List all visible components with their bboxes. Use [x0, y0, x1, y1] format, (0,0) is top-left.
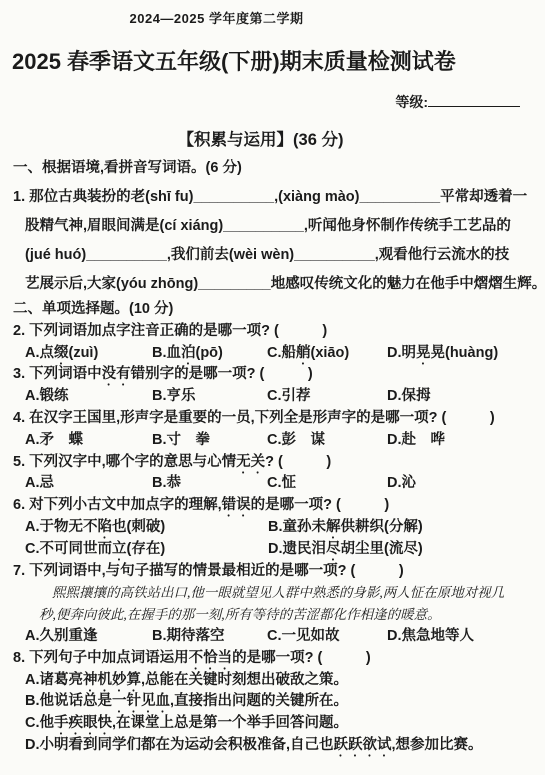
emphasized-text: 艄 — [296, 345, 311, 361]
emphasized-text: 缀 — [54, 345, 69, 361]
text-segment: (zuì) — [69, 345, 99, 361]
emphasized-text: 立 — [112, 541, 127, 557]
emphasized-text: 手疾眼快 — [54, 715, 112, 731]
text-segment: B.亨乐 — [152, 388, 196, 404]
q5-options-col-2: C.怔 — [267, 473, 296, 495]
section-2-instruction: 二、单项选择题。(10 分) — [0, 299, 545, 321]
text-segment: D.明 — [387, 345, 416, 361]
text-segment: C.彭 谋 — [267, 432, 325, 448]
text-segment: A.诸葛亮 — [25, 672, 83, 688]
q7-passage-line-1: 熙熙攘攘的高铁站出口,他一眼就望见人群中熟悉的身影,两人怔在原地对视几 — [0, 582, 545, 604]
text-segment: 胡尘里(流尽) — [341, 541, 423, 557]
text-segment: 1. 那位古典装扮的老(shī fu)__________,(xiàng mào… — [13, 189, 527, 205]
text-segment: 股精气神,眉眼间满是(cí xiáng)__________,听闻他身怀制作传统… — [25, 218, 511, 234]
text-segment: ,在课堂上总是第一个举手回答问题。 — [112, 715, 348, 731]
q3-options-col-1: B.亨乐 — [152, 386, 196, 408]
q7-title: 7. 下列词语中,与句子描写的情景最相近的是哪一项? ( ) — [0, 561, 545, 583]
q6-options-row-2: C.不可同世而立(存在)D.遗民泪尽胡尘里(流尽) — [0, 539, 545, 561]
text-segment: A.忌 — [25, 475, 54, 491]
emphasized-text: 陷 — [98, 519, 113, 535]
text-segment: ,想参加比赛。 — [392, 737, 483, 753]
text-segment: B.恭 — [152, 475, 181, 491]
q6-title: 6. 对下列小古文中加点字的理解,错误的是哪一项? ( ) — [0, 495, 545, 517]
body-lines: 一、根据语境,看拼音写词语。(6 分)1. 那位古典装扮的老(shī fu)__… — [0, 154, 545, 757]
q7-options-col-2: C.一见如故 — [267, 626, 340, 648]
text-segment: D.保拇 — [387, 388, 431, 404]
q3-options-col-3: D.保拇 — [387, 386, 431, 408]
text-segment: 也(刺破) — [112, 519, 165, 535]
q4-options-col-2: C.彭 谋 — [267, 430, 325, 452]
emphasized-text: 没有 — [102, 366, 131, 382]
emphasized-text: 解 — [326, 519, 341, 535]
q7-options-col-3: D.焦急地等人 — [387, 626, 474, 648]
text-segment: C.船 — [267, 345, 296, 361]
q4-options: A.矛 蝶B.寸 拳C.彭 谋D.赴 哗 — [0, 430, 545, 452]
text-segment: 4. 在汉字王国里,形声字是重要的一员,下列全是形声字的是哪一项? ( ) — [13, 410, 495, 426]
text-segment: B.期待落空 — [152, 628, 225, 644]
exam-paper-page: 2024—2025 学年度第二学期 2025 春季语文五年级(下册)期末质量检测… — [0, 0, 545, 775]
text-segment: 7. 下列词语中,与句子描写的情景最相近的是哪一项? ( ) — [13, 563, 404, 579]
school-term: 2024—2025 学年度第二学期 — [0, 8, 437, 27]
emphasized-text: 泊 — [181, 345, 196, 361]
q7-passage-line-2: 秒,便奔向彼此,在握手的那一刻,所有等待的苦涩都化作相逢的暖意。 — [0, 604, 545, 626]
text-segment: ,直接指出问题的关键所在。 — [170, 693, 348, 709]
q5-options-col-1: B.恭 — [152, 473, 181, 495]
q8-option-c: C.他手疾眼快,在课堂上总是第一个举手回答问题。 — [0, 713, 545, 735]
emphasized-text: 尽 — [326, 541, 341, 557]
emphasized-text: 神机妙算 — [83, 672, 141, 688]
emphasized-text: 错误 — [222, 497, 251, 513]
text-segment: 熙熙攘攘的高铁站出口,他一眼就望见人群中熟悉的身影,两人怔在原地对视几 — [52, 585, 504, 600]
text-segment: 一、根据语境,看拼音写词语。(6 分) — [13, 160, 242, 176]
q6-options-row-1: A.于物无不陷也(刺破)B.童孙未解供耕织(分解) — [0, 517, 545, 539]
q8-option-b: B.他说话总是一针见血,直接指出问题的关键所在。 — [0, 691, 545, 713]
text-segment: B.童孙未 — [268, 519, 326, 535]
q8-option-d: D.小明看到同学们都在为运动会积极准备,自己也跃跃欲试,想参加比赛。 — [0, 735, 545, 757]
q3-title: 3. 下列词语中没有错别字的是哪一项? ( ) — [0, 364, 545, 386]
emphasized-text: 晃 — [416, 345, 431, 361]
grade-line: 等级: — [0, 92, 545, 112]
q3-options: A.锻练B.亨乐C.引荐D.保拇 — [0, 386, 545, 408]
q4-title: 4. 在汉字王国里,形声字是重要的一员,下列全是形声字的是哪一项? ( ) — [0, 408, 545, 430]
text-segment: A.点 — [25, 345, 54, 361]
q5-options-col-0: A.忌 — [25, 473, 54, 495]
text-segment: (xiāo) — [311, 345, 350, 361]
text-segment: A.锻练 — [25, 388, 69, 404]
q7-options: A.久别重逢B.期待落空C.一见如故D.焦急地等人 — [0, 626, 545, 648]
text-segment: B.寸 拳 — [152, 432, 210, 448]
q4-options-col-0: A.矛 蝶 — [25, 430, 83, 452]
q4-options-col-1: B.寸 拳 — [152, 430, 210, 452]
q1-line-2: 股精气神,眉眼间满是(cí xiáng)__________,听闻他身怀制作传统… — [0, 212, 545, 241]
section-1-instruction: 一、根据语境,看拼音写词语。(6 分) — [0, 154, 545, 183]
q3-options-col-2: C.引荐 — [267, 386, 311, 408]
q5-title: 5. 下列汉字中,哪个字的意思与心情无关? ( ) — [0, 452, 545, 474]
text-segment: B.血 — [152, 345, 181, 361]
text-segment: C.不可同世而 — [25, 541, 112, 557]
q3-options-col-0: A.锻练 — [25, 386, 69, 408]
text-segment: 二、单项选择题。(10 分) — [13, 301, 173, 317]
text-segment: D.焦急地等人 — [387, 628, 474, 644]
text-segment: D.赴 哗 — [387, 432, 445, 448]
emphasized-text: 跃跃欲试 — [334, 737, 392, 753]
q1-line-4: 艺展示后,大家(yóu zhōng)_________地感叹传统文化的魅力在他手… — [0, 270, 545, 299]
text-segment: 的是哪一项? ( ) — [251, 497, 390, 513]
text-segment: (jué huó)__________,我们前去(wèi wèn)_______… — [25, 247, 509, 263]
emphasized-text: 一针见血 — [112, 693, 170, 709]
text-segment: ? ( ) — [265, 454, 331, 470]
text-segment: 晃(huàng) — [431, 345, 499, 361]
q1-line-1: 1. 那位古典装扮的老(shī fu)__________,(xiàng mào… — [0, 183, 545, 212]
emphasized-text: 不恰当 — [189, 650, 233, 666]
grade-blank-line — [428, 93, 520, 107]
text-segment: C.他 — [25, 715, 54, 731]
emphasized-text: 无关 — [236, 454, 265, 470]
text-segment: 错别字的是哪一项? ( ) — [131, 366, 313, 382]
text-segment: (存在) — [127, 541, 166, 557]
text-segment: 6. 对下列小古文中加点字的理解, — [13, 497, 222, 513]
text-segment: A.久别重逢 — [25, 628, 98, 644]
text-segment: 秒,便奔向彼此,在握手的那一刻,所有等待的苦涩都化作相逢的暖意。 — [39, 607, 441, 622]
text-segment: 艺展示后,大家(yóu zhōng)_________地感叹传统文化的魅力在他手… — [25, 276, 545, 292]
q8-title: 8. 下列句子中加点词语运用不恰当的是哪一项? ( ) — [0, 648, 545, 670]
text-segment: 3. 下列词语中 — [13, 366, 102, 382]
q4-options-col-3: D.赴 哗 — [387, 430, 445, 452]
text-segment: 2. 下列词语加点字注音正确的是哪一项? ( ) — [13, 323, 327, 339]
text-segment: 的是哪一项? ( ) — [232, 650, 371, 666]
text-segment: D.小明看到同学们都在为运动会积极准备,自己也 — [25, 737, 334, 753]
q5-options: A.忌B.恭C.怔D.沁 — [0, 473, 545, 495]
q7-options-col-0: A.久别重逢 — [25, 626, 98, 648]
q5-options-col-3: D.沁 — [387, 473, 416, 495]
text-segment: ,总能在关键时刻想出破敌之策。 — [141, 672, 348, 688]
text-segment: C.一见如故 — [267, 628, 340, 644]
q8-option-a: A.诸葛亮神机妙算,总能在关键时刻想出破敌之策。 — [0, 670, 545, 692]
q1-line-3: (jué huó)__________,我们前去(wèi wèn)_______… — [0, 241, 545, 270]
q2-options: A.点缀(zuì)B.血泊(pō)C.船艄(xiāo)D.明晃晃(huàng) — [0, 343, 545, 365]
paper-title: 2025 春季语文五年级(下册)期末质量检测试卷 — [0, 45, 545, 76]
q2-title: 2. 下列词语加点字注音正确的是哪一项? ( ) — [0, 321, 545, 343]
text-segment: (pō) — [196, 345, 223, 361]
text-segment: D.遗民泪 — [268, 541, 326, 557]
text-segment: 8. 下列句子中加点词语运用 — [13, 650, 189, 666]
text-segment: A.矛 蝶 — [25, 432, 83, 448]
q7-options-col-1: B.期待落空 — [152, 626, 225, 648]
grade-label: 等级: — [395, 94, 428, 110]
text-segment: C.引荐 — [267, 388, 311, 404]
section-1-header: 【积累与运用】(36 分) — [0, 126, 533, 150]
text-segment: B.他说话总是 — [25, 693, 112, 709]
text-segment: 供耕织(分解) — [341, 519, 423, 535]
text-segment: D.沁 — [387, 475, 416, 491]
text-segment: A.于物无不 — [25, 519, 98, 535]
text-segment: C.怔 — [267, 475, 296, 491]
text-segment: 5. 下列汉字中,哪个字的意思与心情 — [13, 454, 236, 470]
